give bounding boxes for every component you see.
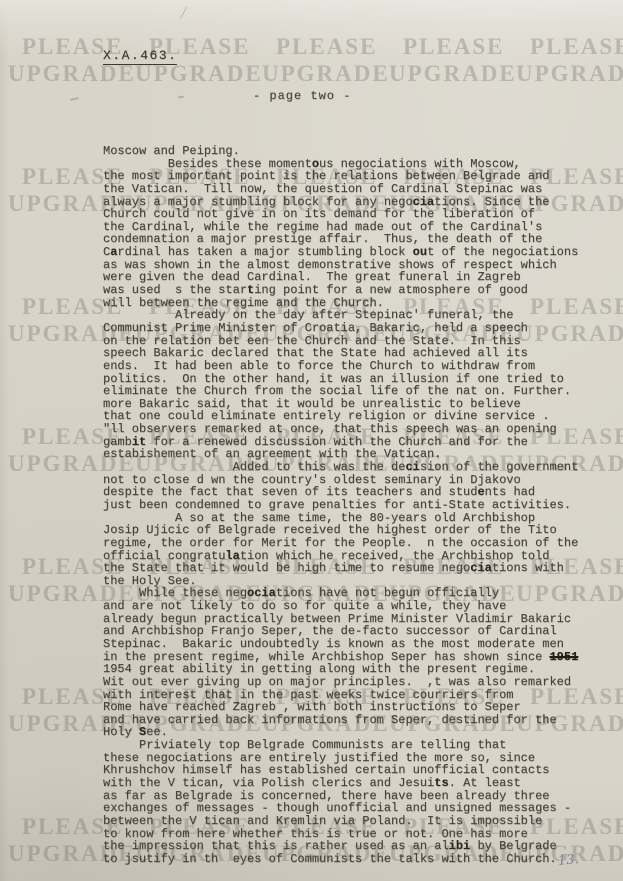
overstruck-text: ts xyxy=(434,776,448,790)
document-line: Moscow and Peiping. xyxy=(103,145,578,158)
scanned-document-page: PLEASEPLEASEPLEASEPLEASEPLEASEUPGRADEUPG… xyxy=(0,0,623,881)
overstruck-text: ci xyxy=(405,460,419,474)
document-line: to jsutify in th eyes of Communists the … xyxy=(103,853,578,866)
document-line: ends. It had been able to force the Chur… xyxy=(103,360,578,373)
document-line: Josip Ujicic of Belgrade received the hi… xyxy=(103,524,578,537)
document-line: was used s the starting point for a new … xyxy=(103,284,578,297)
overstruck-text: t xyxy=(247,283,254,297)
struck-out-text: 1951 xyxy=(549,650,578,664)
document-line: Rome have reached Zagreb , with both ins… xyxy=(103,701,578,714)
document-line: and have carried back informations from … xyxy=(103,714,578,727)
document-line: speech Bakaric declared that the State h… xyxy=(103,347,578,360)
overstruck-text: cia xyxy=(470,561,492,575)
document-line: Church could not give in on its demand f… xyxy=(103,208,578,221)
watermark-text: UPGRADE xyxy=(262,61,390,87)
document-line: Wit out ever giving up on major principl… xyxy=(103,676,578,689)
document-line: with the V tican, via Polish clerics and… xyxy=(103,777,578,790)
paper-speck xyxy=(178,96,184,99)
document-line: the Vatican. Till now, the question of C… xyxy=(103,183,578,196)
watermark-text: PLEASE xyxy=(403,34,504,60)
document-line: regime, the order for Merit for the Peop… xyxy=(103,537,578,550)
document-line: and are not likely to do so for quite a … xyxy=(103,600,578,613)
handwritten-page-number: 13. xyxy=(557,852,579,869)
paper-speck xyxy=(70,97,79,101)
document-line: 1954 great ability in getting along with… xyxy=(103,663,578,676)
document-line: Priviately top Belgrade Communists are t… xyxy=(103,739,578,752)
watermark-text: PLEASE xyxy=(530,34,623,60)
document-line: "ll observers remarked at once, that thi… xyxy=(103,423,578,436)
document-line: the impression that this is rather used … xyxy=(103,840,578,853)
document-line: eliminate the Church from the social lif… xyxy=(103,385,578,398)
document-line: the State that it would be high time to … xyxy=(103,562,578,575)
watermark-text: UPGRADE xyxy=(516,61,623,87)
document-body: Moscow and Peiping. Besides these moment… xyxy=(103,145,578,866)
document-line: between the V tican and Kremlin via Pola… xyxy=(103,815,578,828)
paper-scratch xyxy=(180,7,187,20)
page-label: - page two - xyxy=(253,89,351,103)
watermark-text: UPGRADE xyxy=(389,61,517,87)
document-line: Communist Prime Minister of Croatia, Bak… xyxy=(103,322,578,335)
document-line: just been condemned to grave penalties f… xyxy=(103,499,578,512)
document-line: Cardinal has taken a major stumbling blo… xyxy=(103,246,578,259)
document-reference-number: X.A.463. xyxy=(103,48,177,65)
watermark-text: PLEASE xyxy=(276,34,377,60)
document-line: Stepinac. Bakaric undoubtedly is known a… xyxy=(103,638,578,651)
document-line: Added to this was the decision of the go… xyxy=(103,461,578,474)
